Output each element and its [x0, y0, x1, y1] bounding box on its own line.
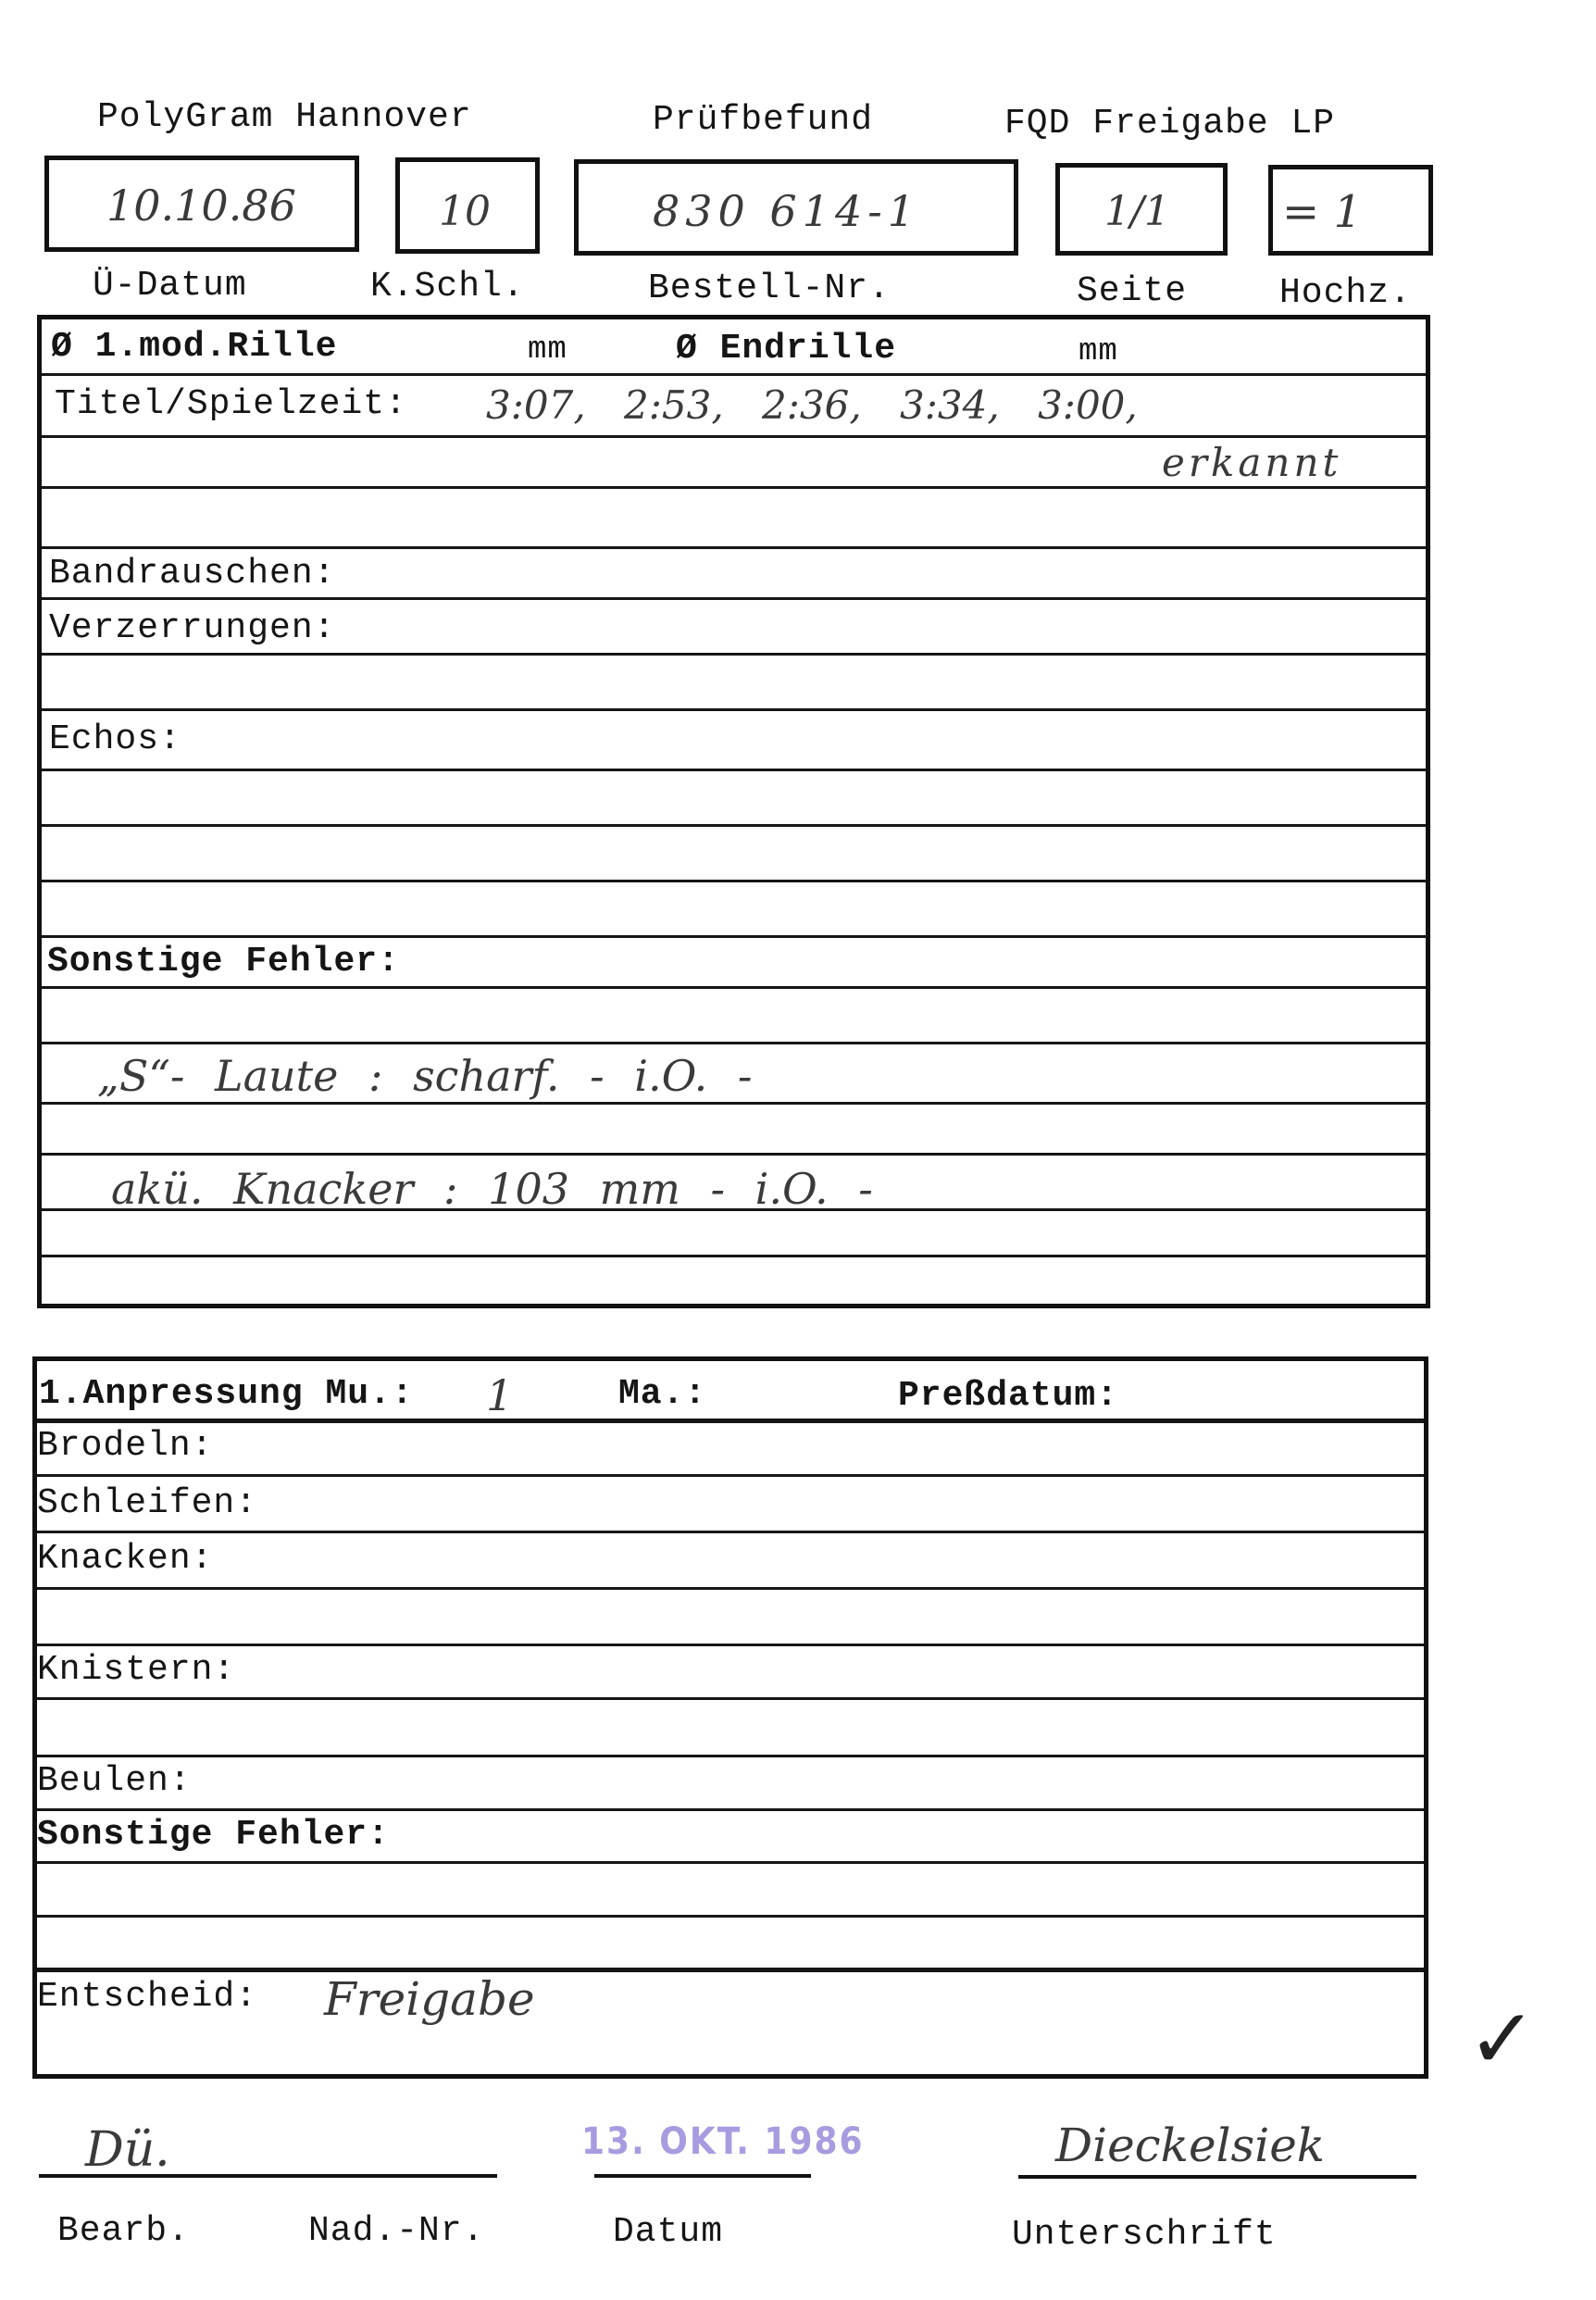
note-line-2: akü. Knacker : 103 mm - i.O. -	[111, 1164, 873, 1214]
bearb-label: Bearb.	[57, 2211, 190, 2251]
bestell-nr-field[interactable]: 830 614-1	[574, 159, 1018, 256]
clicks-label: Knacken:	[37, 1539, 213, 1579]
end-groove-label: Ø Endrille	[676, 329, 896, 369]
first-pressing-label: 1.Anpressung Mu.:	[39, 1374, 414, 1414]
u-datum-value: 10.10.86	[106, 181, 296, 231]
signature: Dieckelsiek	[1055, 2119, 1325, 2172]
decision-value: Freigabe	[324, 1972, 535, 2026]
first-pressing-value: 1	[486, 1370, 513, 1420]
company-name: PolyGram Hannover	[97, 97, 472, 137]
k-schl-field[interactable]: 10	[395, 157, 540, 254]
form-title: Prüfbefund	[653, 100, 873, 140]
other-defects-2-label: Sonstige Fehler:	[37, 1815, 390, 1855]
other-defects-label: Sonstige Fehler:	[47, 942, 400, 981]
ma-label: Ma.:	[618, 1374, 706, 1414]
seite-label: Seite	[1077, 271, 1187, 311]
date-stamp: 13. OKT. 1986	[581, 2120, 865, 2163]
hochz-label: Hochz.	[1279, 273, 1412, 313]
distortion-label: Verzerrungen:	[49, 608, 335, 648]
grinding-label: Schleifen:	[37, 1483, 257, 1523]
unterschrift-label: Unterschrift	[1012, 2215, 1277, 2255]
datum-label: Datum	[613, 2212, 723, 2252]
dents-label: Beulen:	[37, 1761, 192, 1801]
end-groove-unit: mm	[1079, 334, 1118, 369]
pressing-inspection-section: 1.Anpressung Mu.: 1 Ma.: Preßdatum: Brod…	[32, 1356, 1428, 2079]
decision-label: Entscheid:	[37, 1977, 257, 2017]
bearb-initials: Dü.	[85, 2122, 170, 2178]
u-datum-field[interactable]: 10.10.86	[44, 156, 359, 252]
tape-inspection-section: Ø 1.mod.Rille mm Ø Endrille mm Titel/Spi…	[37, 315, 1430, 1308]
bestell-nr-label: Bestell-Nr.	[648, 269, 891, 308]
seite-field[interactable]: 1/1	[1055, 163, 1228, 256]
k-schl-label: K.Schl.	[370, 267, 525, 306]
check-mark-icon: ✓	[1467, 1991, 1537, 2088]
bestell-nr-value: 830 614-1	[653, 186, 920, 236]
k-schl-value: 10	[439, 188, 491, 235]
u-datum-label: Ü-Datum	[93, 266, 247, 306]
unterschrift-line	[1018, 2175, 1416, 2179]
seite-value: 1/1	[1104, 188, 1170, 235]
hochz-field[interactable]: = 1	[1268, 165, 1433, 256]
echoes-label: Echos:	[49, 719, 181, 759]
first-groove-unit: mm	[528, 332, 567, 368]
track-times-value: 3:07, 2:53, 2:36, 3:34, 3:00,	[486, 382, 1138, 428]
hochz-value: = 1	[1282, 186, 1362, 238]
press-date-label: Preßdatum:	[898, 1376, 1118, 1416]
release-title: FQD Freigabe LP	[1004, 104, 1335, 144]
note-line-1: „S“- Laute : scharf. - i.O. -	[97, 1051, 752, 1101]
track-times-note: erkannt	[1162, 440, 1341, 485]
datum-line	[594, 2174, 811, 2178]
tape-noise-label: Bandrauschen:	[49, 554, 335, 594]
first-groove-label: Ø 1.mod.Rille	[51, 327, 337, 367]
track-times-label: Titel/Spielzeit:	[55, 384, 407, 424]
boiling-label: Brodeln:	[37, 1426, 213, 1466]
crackle-label: Knistern:	[37, 1650, 235, 1690]
nad-nr-label: Nad.-Nr.	[308, 2211, 484, 2251]
